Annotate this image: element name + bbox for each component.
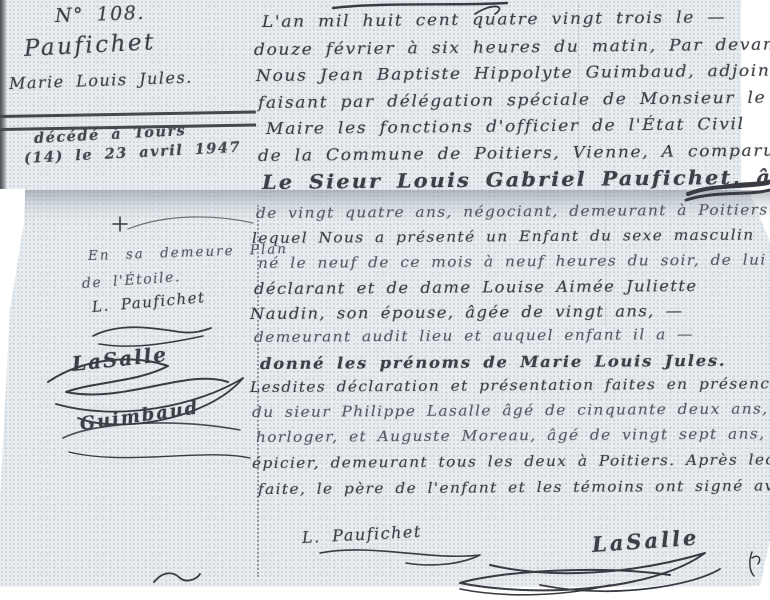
- stray-pen-mark: [150, 568, 205, 588]
- stray-ink-mark: [744, 548, 764, 578]
- ink-scribble: [682, 178, 770, 204]
- act-line: Naudin, son épouse, âgée de vingt ans, —: [250, 302, 684, 323]
- act-line-mother-name: déclarant et de dame Louise Aimée Juliet…: [254, 277, 698, 298]
- bottom-signature-flourish: [310, 535, 730, 595]
- act-line: demeurant audit lieu et auquel enfant il…: [254, 327, 694, 346]
- scanned-register-page: N° 108. Paufichet Marie Louis Jules. déc…: [0, 0, 770, 600]
- act-line-child-names: donné les prénoms de Marie Louis Jules.: [260, 351, 726, 373]
- renvoi-cross-mark: [108, 205, 258, 237]
- margin-signature-tail: [55, 408, 255, 468]
- act-number: N° 108.: [55, 2, 146, 27]
- scan-edge-shadow: [0, 0, 7, 189]
